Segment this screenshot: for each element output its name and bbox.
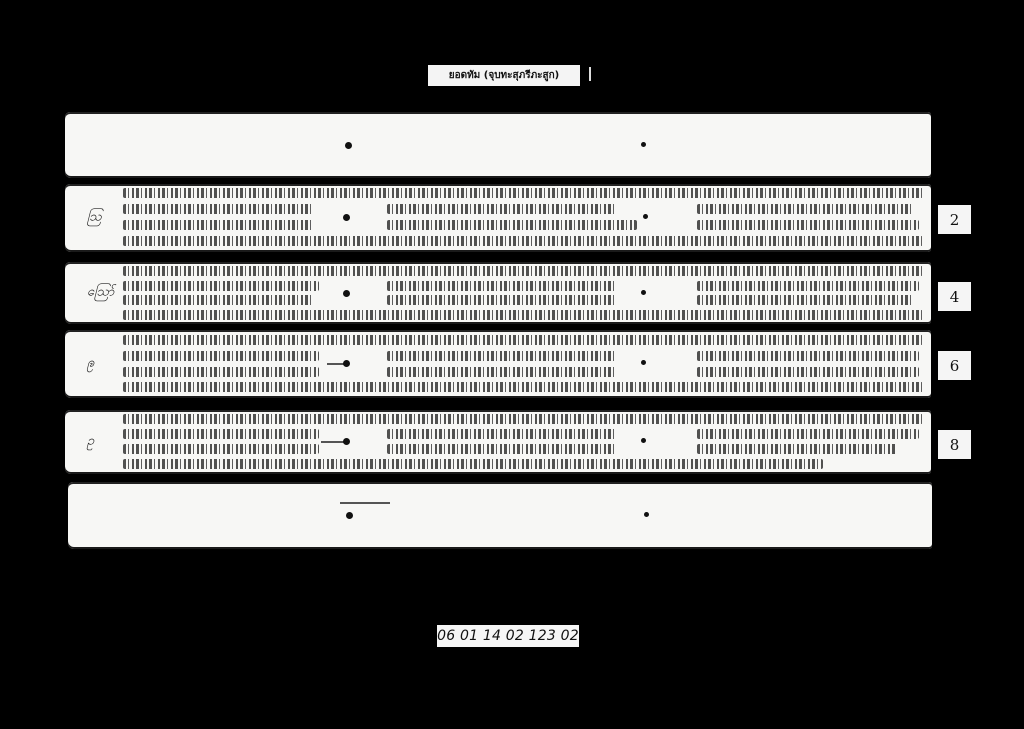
- page-number-2: 2: [938, 205, 971, 234]
- script-line: [387, 351, 617, 361]
- scratch-mark: [321, 441, 345, 443]
- string-hole-left: [343, 214, 350, 221]
- palm-leaf-3: ဪ: [65, 262, 931, 324]
- scratch-mark: [340, 502, 390, 504]
- script-line: [123, 236, 923, 246]
- string-hole-left: [343, 360, 350, 367]
- script-line: [123, 351, 319, 361]
- script-line: [387, 429, 617, 439]
- folio-mark: ဪ: [87, 284, 114, 303]
- string-hole-right: [641, 290, 646, 295]
- script-line: [123, 295, 313, 305]
- script-line: [123, 281, 319, 291]
- reference-number-label: 06 01 14 02 123 02: [437, 625, 579, 647]
- script-line: [697, 204, 913, 214]
- page-number-6: 6: [938, 351, 971, 380]
- script-line: [123, 204, 313, 214]
- folio-mark: ဨ: [87, 355, 94, 374]
- script-line: [123, 335, 923, 345]
- string-hole-left: [346, 512, 353, 519]
- script-line: [123, 220, 313, 230]
- script-line: [387, 367, 617, 377]
- script-line: [123, 414, 923, 424]
- title-label: ยอดทัม (จุบทะสุภรีภะสูก): [428, 65, 580, 86]
- script-line: [697, 295, 913, 305]
- script-line: [123, 382, 923, 392]
- script-line: [123, 444, 319, 454]
- script-line: [123, 429, 319, 439]
- string-hole-right: [641, 360, 646, 365]
- script-line: [387, 444, 617, 454]
- palm-leaf-6: [68, 482, 932, 549]
- script-line: [697, 444, 897, 454]
- script-line: [697, 351, 919, 361]
- script-line: [387, 220, 637, 230]
- palm-leaf-5: ဥ: [65, 410, 931, 474]
- page-number-4: 4: [938, 282, 971, 311]
- palm-leaf-2: ဩ: [65, 184, 931, 252]
- string-hole-right: [643, 214, 648, 219]
- script-line: [697, 367, 919, 377]
- folio-mark: ဩ: [87, 209, 102, 228]
- string-hole-left: [343, 290, 350, 297]
- script-line: [123, 367, 319, 377]
- script-line: [387, 204, 617, 214]
- script-line: [123, 310, 923, 320]
- script-line: [697, 429, 919, 439]
- script-line: [123, 188, 923, 198]
- script-line: [387, 295, 617, 305]
- folio-mark: ဥ: [87, 433, 94, 452]
- page-number-8: 8: [938, 430, 971, 459]
- string-hole-left: [343, 438, 350, 445]
- palm-leaf-1: [65, 112, 931, 178]
- script-line: [697, 281, 919, 291]
- string-hole-right: [641, 142, 646, 147]
- string-hole-right: [644, 512, 649, 517]
- string-hole-right: [641, 438, 646, 443]
- string-hole-left: [345, 142, 352, 149]
- palm-leaf-4: ဨ: [65, 330, 931, 398]
- title-tick-mark: [589, 67, 591, 81]
- script-line: [123, 266, 923, 276]
- script-line: [123, 459, 823, 469]
- script-line: [387, 281, 617, 291]
- script-line: [697, 220, 919, 230]
